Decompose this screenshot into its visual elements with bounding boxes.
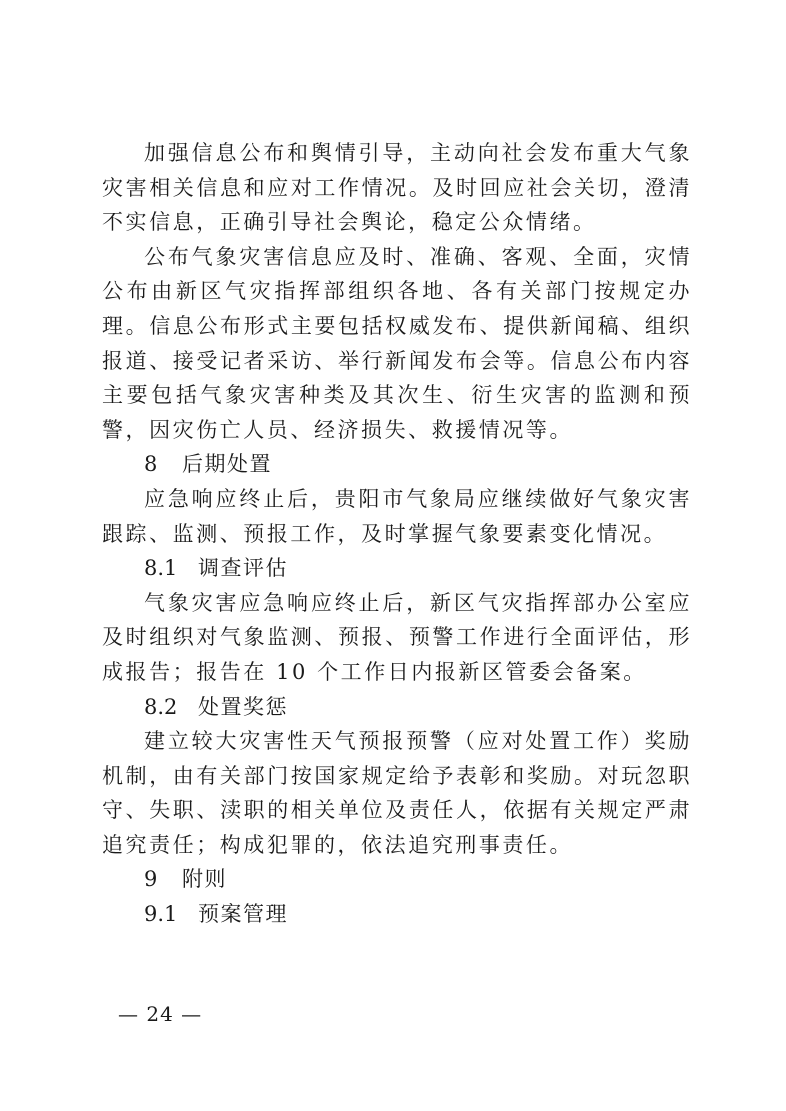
paragraph-post-response: 应急响应终止后，贵阳市气象局应继续做好气象灾害跟踪、监测、预报工作，及时掌握气象… [102,482,692,551]
section-heading-8-1: 8.1调查评估 [102,551,692,586]
section-number: 9 [144,862,174,897]
section-heading-8: 8后期处置 [102,447,692,482]
section-title: 后期处置 [182,452,272,476]
section-heading-9-1: 9.1预案管理 [102,897,692,932]
section-number: 8.2 [144,690,190,725]
section-title: 处置奖惩 [198,695,288,719]
paragraph-investigation-evaluation: 气象灾害应急响应终止后，新区气灾指挥部办公室应及时组织对气象监测、预报、预警工作… [102,586,692,690]
section-number: 8.1 [144,551,190,586]
section-heading-8-2: 8.2处置奖惩 [102,690,692,725]
section-title: 附则 [182,867,227,891]
section-number: 9.1 [144,897,190,932]
section-title: 调查评估 [198,556,288,580]
section-heading-9: 9附则 [102,862,692,897]
paragraph-disaster-info-release: 公布气象灾害信息应及时、准确、客观、全面，灾情公布由新区气灾指挥部组织各地、各有… [102,240,692,448]
section-number: 8 [144,447,174,482]
page-number: — 24 — [118,1002,202,1026]
section-title: 预案管理 [198,902,288,926]
paragraph-rewards-penalties: 建立较大灾害性天气预报预警（应对处置工作）奖励机制，由有关部门按国家规定给予表彰… [102,724,692,862]
document-page: 加强信息公布和舆情引导，主动向社会发布重大气象灾害相关信息和应对工作情况。及时回… [0,0,786,1111]
document-body: 加强信息公布和舆情引导，主动向社会发布重大气象灾害相关信息和应对工作情况。及时回… [102,136,692,932]
paragraph-info-publication: 加强信息公布和舆情引导，主动向社会发布重大气象灾害相关信息和应对工作情况。及时回… [102,136,692,240]
